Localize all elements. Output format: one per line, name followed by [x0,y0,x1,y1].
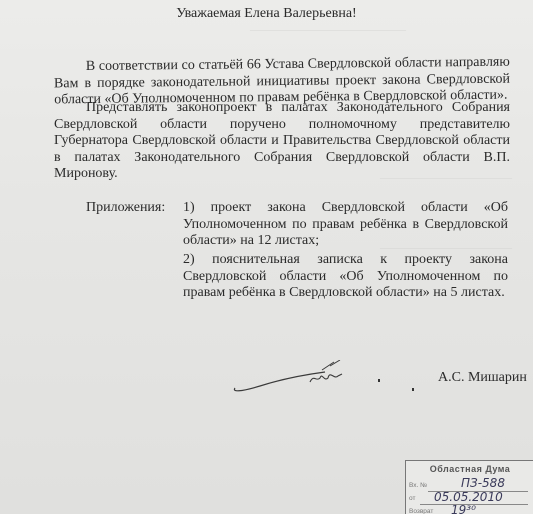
signature-icon [230,360,360,400]
bleed-through-text: ————————————— [250,22,406,37]
ink-dot [378,379,380,382]
signer-name: А.С. Мишарин [438,370,527,386]
document-page: ————————————— ——————————— ——————————— Ув… [0,0,533,514]
attachments-label: Приложения: [86,200,165,216]
stamp-incoming-label: Вх. № [409,482,427,489]
stamp-return-label: Возврат [409,508,433,514]
stamp-return-value: 19³⁰ [451,503,476,514]
attachment-item-2: 2) пояснительная записка к проекту закон… [183,252,508,302]
stamp-incoming-number: ПЗ-588 [461,476,505,490]
paragraph-2-text: Представлять законопроект в палатах Зако… [54,100,510,181]
ink-dot [412,388,414,391]
stamp-date-label: от [409,495,415,502]
stamp-date: 05.05.2010 [434,490,503,504]
paragraph-2: Представлять законопроект в палатах Зако… [54,100,510,183]
letter-greeting: Уважаемая Елена Валерьевна! [0,6,533,22]
stamp-title: Областная Дума [406,464,533,474]
attachment-item-1: 1) проект закона Свердловской области «О… [183,200,508,250]
registration-stamp: Областная Дума Вх. № ПЗ-588 от 05.05.201… [405,460,533,514]
